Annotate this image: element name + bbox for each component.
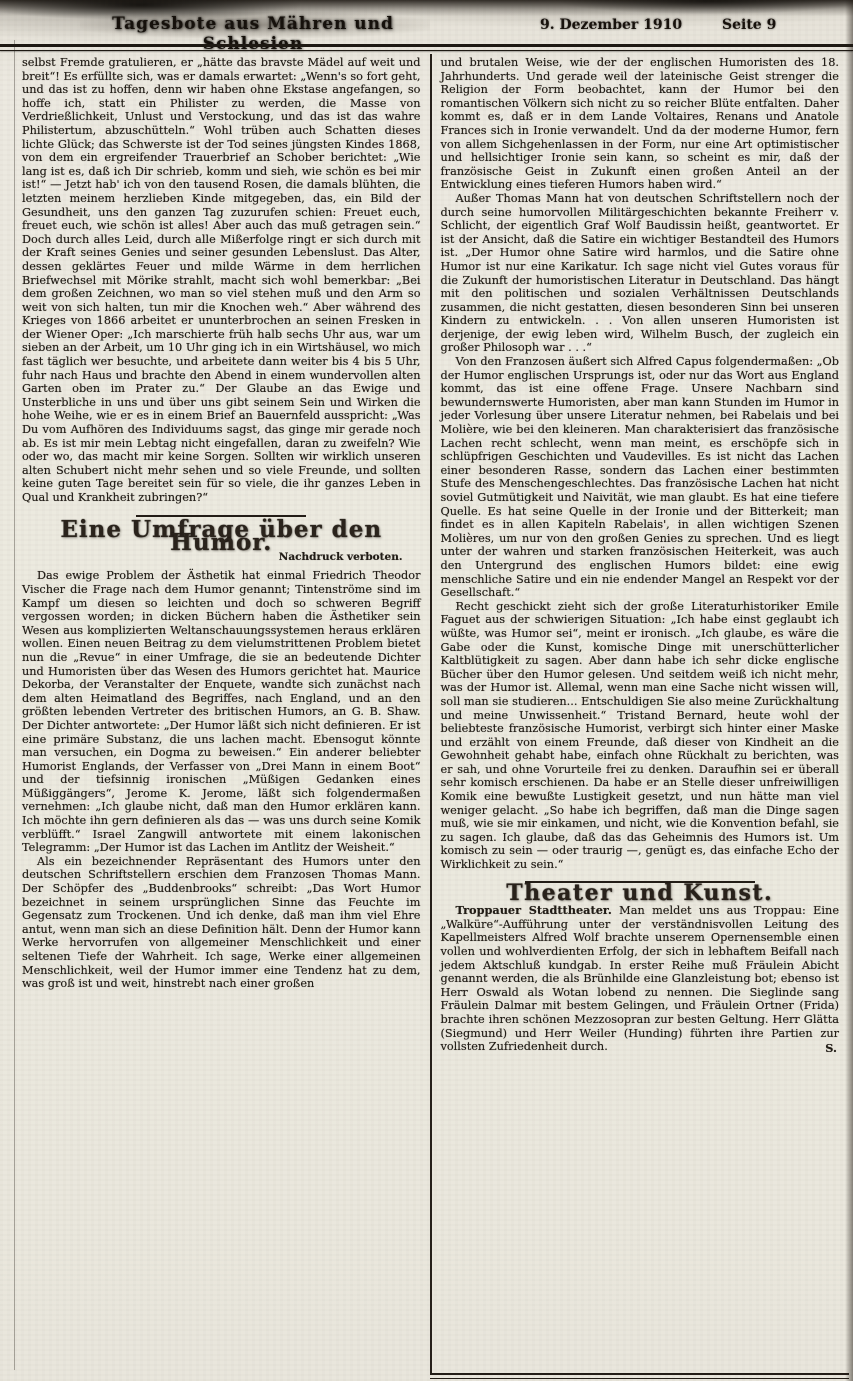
page-header: Tagesbote aus Mähren und Schlesien 9. De… [0,8,853,44]
left-column: selbst Fremde gratulieren, er „hätte das… [18,54,432,1373]
umfrage-paragraph: und brutalen Weise, wie der der englisch… [441,56,840,192]
article-continuation-text: selbst Fremde gratulieren, er „hätte das… [22,56,421,505]
theater-notice: Troppauer Stadttheater. Man meldet uns a… [441,904,840,1056]
scan-edge [14,40,15,1370]
umfrage-paragraph: Das ewige Problem der Ästhetik hat einma… [22,569,421,854]
scan-edge [845,0,853,1381]
umfrage-paragraph: Außer Thomas Mann hat von deutschen Schr… [441,192,840,355]
rubric-title-theater: Theater und Kunst. [441,887,840,901]
umfrage-paragraph: Recht geschickt zieht sich der große Lit… [441,600,840,872]
newspaper-page: Tagesbote aus Mähren und Schlesien 9. De… [0,0,853,1381]
umfrage-paragraph: Als ein bezeichnender Repräsentant des H… [22,855,421,991]
issue-date: 9. Dezember 1910 [540,17,682,33]
content-columns: selbst Fremde gratulieren, er „hätte das… [18,54,841,1373]
page-number: Seite 9 [722,17,776,33]
umfrage-paragraph: Von den Franzosen äußert sich Alfred Cap… [441,355,840,600]
header-divider-rule [0,44,853,51]
bottom-divider-rule [430,1373,849,1379]
theater-lead-in: Troppauer Stadttheater. [456,903,612,917]
article-title-umfrage: Eine Umfrage über den Humor. [22,523,421,550]
right-column: und brutalen Weise, wie der der englisch… [432,54,842,1373]
theater-body-text: Man meldet uns aus Troppau: Eine „Walkür… [441,904,840,1053]
theater-paragraph: Troppauer Stadttheater. Man meldet uns a… [441,904,840,1054]
author-signature: S. [825,1042,837,1056]
